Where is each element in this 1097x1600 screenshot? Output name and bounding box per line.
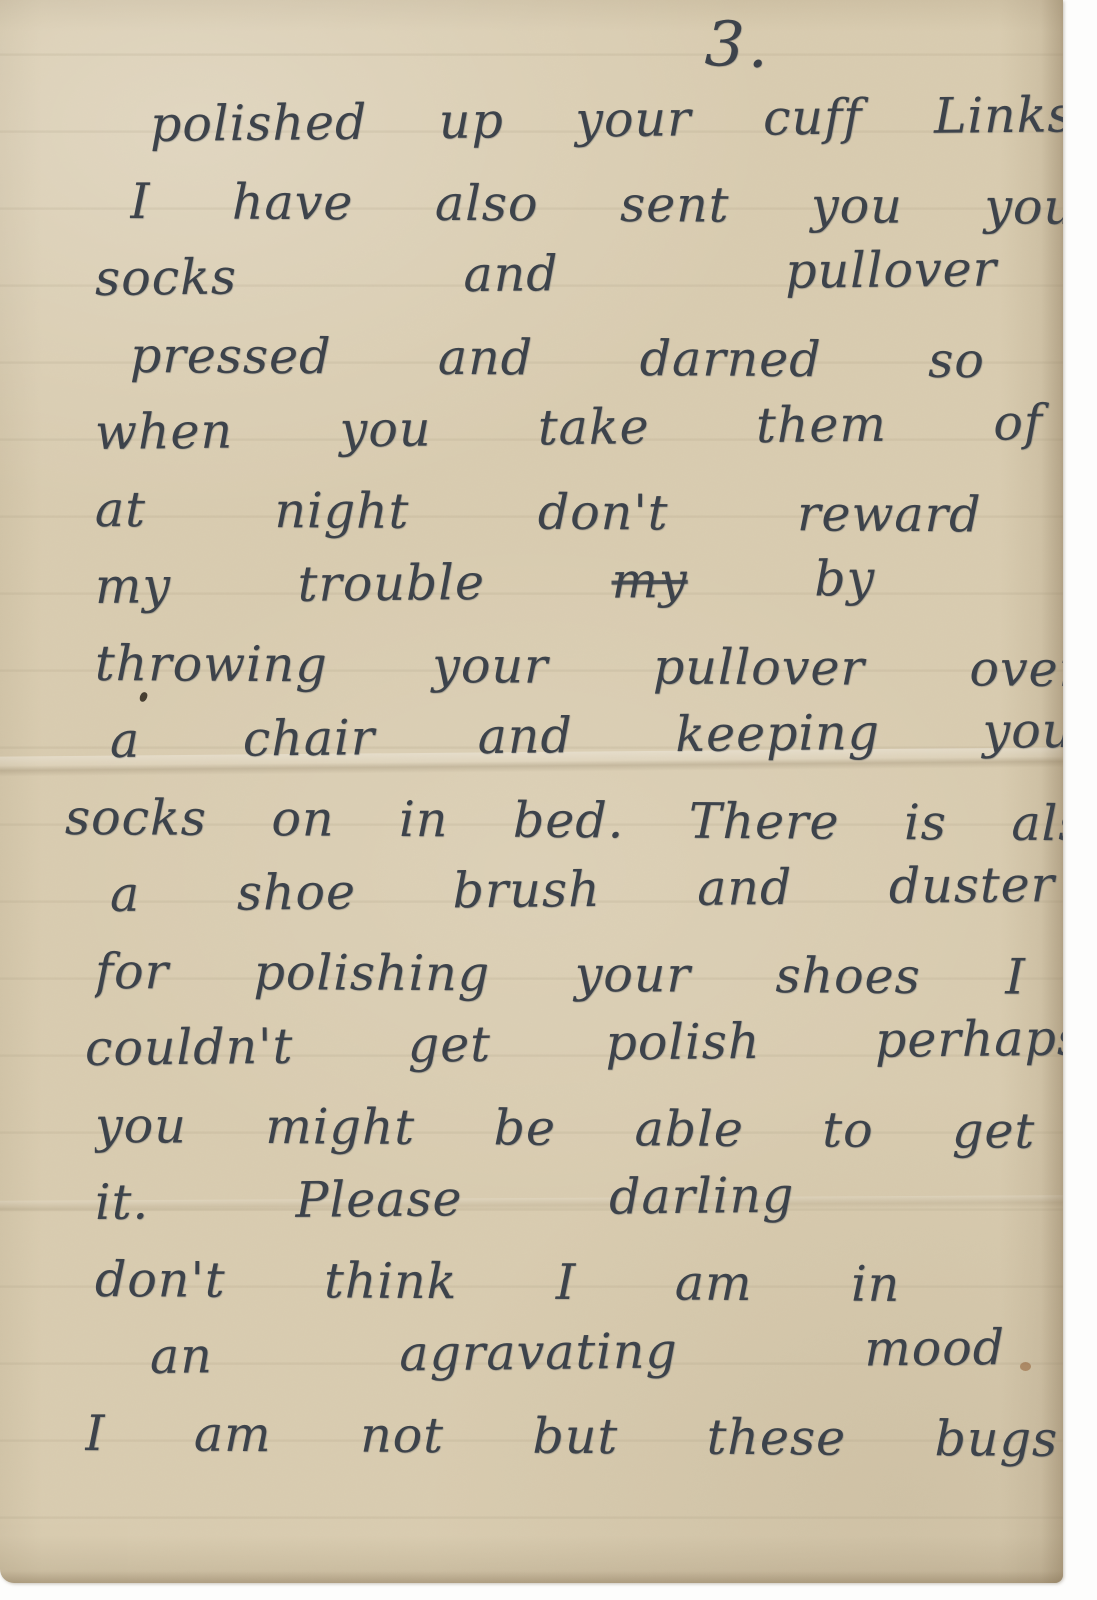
- line-text: I have also sent you your: [130, 173, 1063, 236]
- line-text: it. Please darling: [95, 1167, 795, 1231]
- scan-background: 3. polished up your cuff Links I have al…: [0, 0, 1097, 1600]
- handwriting-line: polished up your cuff Links: [150, 76, 1063, 163]
- handwriting-line: couldn't get polish perhaps: [85, 1000, 1063, 1087]
- struck-out-word: my: [611, 552, 688, 610]
- paper-edge-shadow-bottom: [0, 1571, 1063, 1583]
- handwriting-line: my trouble my by: [95, 538, 1063, 625]
- handwriting-line: an agravating mood: [150, 1308, 1063, 1395]
- line-text: at night don't reward: [95, 481, 982, 543]
- line-text: pressed and darned so: [130, 327, 985, 389]
- page-number: 3.: [704, 7, 774, 82]
- line-text: a shoe brush and duster: [110, 856, 1056, 923]
- line-text: by: [687, 550, 875, 609]
- line-text: socks on in bed. There is also: [65, 789, 1063, 852]
- handwriting-line: I am not but these bugs: [85, 1395, 1063, 1478]
- line-text: don't think I am in: [95, 1251, 901, 1313]
- letter-body: polished up your cuff Links I have also …: [0, 86, 1063, 1472]
- line-text: my trouble: [95, 553, 612, 615]
- line-text: an agravating mood: [150, 1319, 1006, 1385]
- line-text: couldn't get polish perhaps: [85, 1010, 1063, 1077]
- line-text: when you take them of: [95, 394, 1044, 461]
- handwriting-line: socks and pullover: [95, 230, 1063, 317]
- letter-paper: 3. polished up your cuff Links I have al…: [0, 0, 1063, 1583]
- line-text: I am not but these bugs: [85, 1405, 1058, 1468]
- handwriting-line: when you take them of: [95, 384, 1063, 471]
- line-text: for polishing your shoes I: [95, 943, 1026, 1006]
- line-text: you might be able to get: [95, 1097, 1036, 1160]
- handwriting-line: a shoe brush and duster: [110, 846, 1063, 933]
- handwriting-line: it. Please darling: [95, 1154, 1063, 1241]
- line-text: a chair and keeping your: [110, 702, 1063, 769]
- line-text: throwing your pullover over: [95, 635, 1063, 698]
- line-text: polished up your cuff Links: [150, 86, 1063, 153]
- line-text: socks and pullover: [95, 241, 998, 307]
- handwriting-line: a chair and keeping your: [110, 692, 1063, 779]
